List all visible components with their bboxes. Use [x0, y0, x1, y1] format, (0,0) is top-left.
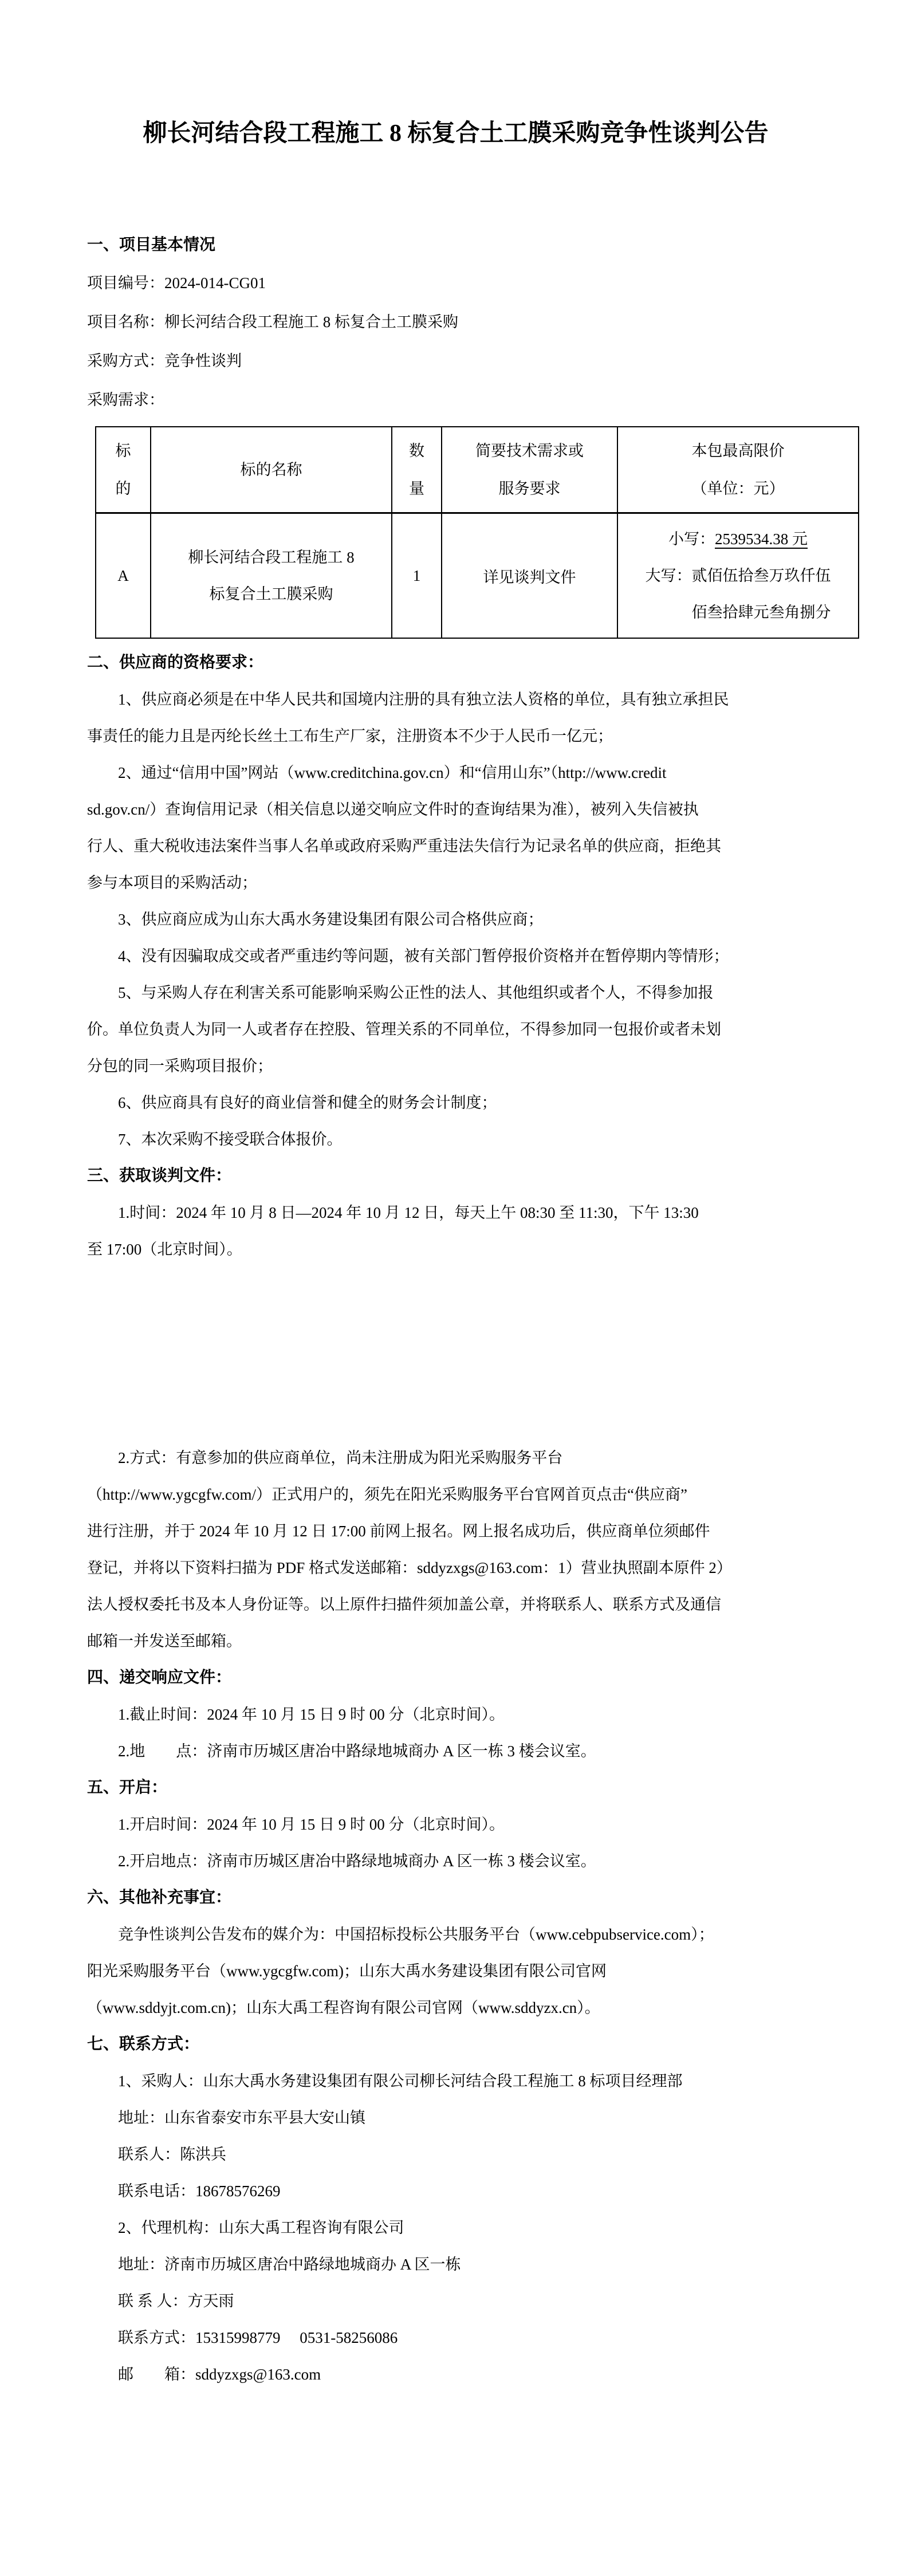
- text-line: 事责任的能力且是丙纶长丝土工布生产厂家，注册资本不少于人民币一亿元；: [87, 718, 824, 754]
- text-line: 阳光采购服务平台（www.ygcgfw.com)；山东大禹水务建设集团有限公司官…: [87, 1953, 824, 1989]
- text-line: （www.sddyjt.com.cn)；山东大禹工程咨询有限公司官网（www.s…: [87, 1989, 824, 2026]
- section-3-heading: 三、获取谈判文件：: [87, 1158, 824, 1194]
- text-line: 邮 箱：sddyzxgs@163.com: [87, 2356, 824, 2393]
- text-line: （http://www.ygcgfw.com/）正式用户的，须先在阳光采购服务平…: [87, 1476, 824, 1513]
- text-line: 1.时间：2024 年 10 月 8 日—2024 年 10 月 12 日，每天…: [87, 1194, 824, 1231]
- text-line: 1、采购人：山东大禹水务建设集团有限公司柳长河结合段工程施工 8 标项目经理部: [87, 2063, 824, 2099]
- price-numeric-label: 小写：: [668, 530, 715, 548]
- text-line: 项目名称：柳长河结合段工程施工 8 标复合土工膜采购: [87, 302, 824, 341]
- text-line: 1.截止时间：2024 年 10 月 15 日 9 时 00 分（北京时间）。: [87, 1696, 824, 1733]
- text-line: 7、本次采购不接受联合体报价。: [87, 1121, 824, 1158]
- text-line: 标的名称: [155, 451, 388, 489]
- price-words-line-1: 大写：贰佰伍拾叁万玖仟伍: [621, 557, 855, 594]
- text-line: 量: [396, 470, 438, 508]
- table-header-row: 标的 标的名称 数量 简要技术需求或服务要求 本包最高限价（单位：元）: [96, 427, 859, 513]
- table-header-max-price: 本包最高限价（单位：元）: [617, 427, 859, 513]
- text-line: 2、代理机构：山东大禹工程咨询有限公司: [87, 2209, 824, 2246]
- text-line: 竞争性谈判公告发布的媒介为：中国招标投标公共服务平台（www.cebpubser…: [87, 1916, 824, 1953]
- procurement-demand-table: 标的 标的名称 数量 简要技术需求或服务要求 本包最高限价（单位：元） A 柳长…: [95, 426, 859, 639]
- price-words-line-2: 佰叁拾肆元叁角捌分: [621, 594, 855, 631]
- price-numeric-value-underlined: 2539534.38 元: [715, 530, 808, 548]
- text-line: 本包最高限价: [621, 432, 855, 470]
- text-line: sd.gov.cn/）查询信用记录（相关信息以递交响应文件时的查询结果为准），被…: [87, 791, 824, 828]
- text-line: 行人、重大税收违法案件当事人名单或政府采购严重违法失信行为记录名单的供应商，拒绝…: [87, 828, 824, 864]
- text-line: 登记，并将以下资料扫描为 PDF 格式发送邮箱：sddyzxgs@163.com…: [87, 1549, 824, 1586]
- text-line: 联 系 人：方天雨: [87, 2283, 824, 2319]
- text-line: 项目编号：2024-014-CG01: [87, 264, 824, 302]
- table-header-tech-requirements: 简要技术需求或服务要求: [442, 427, 617, 513]
- text-line: 法人授权委托书及本人身份证等。以上原件扫描件须加盖公章，并将联系人、联系方式及通…: [87, 1586, 824, 1623]
- section-5-body: 1.开启时间：2024 年 10 月 15 日 9 时 00 分（北京时间）。 …: [87, 1806, 824, 1879]
- text-line: 4、没有因骗取成交或者严重违约等问题，被有关部门暂停报价资格并在暂停期内等情形；: [87, 938, 824, 974]
- table-header-name: 标的名称: [151, 427, 392, 513]
- section-3-body: 1.时间：2024 年 10 月 8 日—2024 年 10 月 12 日，每天…: [87, 1194, 824, 1268]
- text-line: 1、供应商必须是在中华人民共和国境内注册的具有独立法人资格的单位，具有独立承担民: [87, 681, 824, 718]
- text-line: 联系方式：15315998779 0531-58256086: [87, 2319, 824, 2356]
- text-line: 地址：山东省泰安市东平县大安山镇: [87, 2099, 824, 2136]
- text-line: 3、供应商应成为山东大禹水务建设集团有限公司合格供应商；: [87, 901, 824, 938]
- text-line: 柳长河结合段工程施工 8: [155, 539, 388, 576]
- table-header-quantity: 数量: [392, 427, 442, 513]
- text-line: 至 17:00（北京时间）。: [87, 1231, 824, 1268]
- text-line: 参与本项目的采购活动；: [87, 864, 824, 901]
- text-line: 数: [396, 432, 438, 470]
- text-line: 2.开启地点：济南市历城区唐冶中路绿地城商办 A 区一栋 3 楼会议室。: [87, 1843, 824, 1879]
- text-line: 价。单位负责人为同一人或者存在控股、管理关系的不同单位，不得参加同一包报价或者未…: [87, 1011, 824, 1048]
- section-5-heading: 五、开启：: [87, 1769, 824, 1806]
- section-4-body: 1.截止时间：2024 年 10 月 15 日 9 时 00 分（北京时间）。 …: [87, 1696, 824, 1769]
- document-title: 柳长河结合段工程施工 8 标复合土工膜采购竞争性谈判公告: [87, 117, 824, 150]
- text-line: 采购需求：: [87, 380, 824, 419]
- text-line: 2.方式：有意参加的供应商单位，尚未注册成为阳光采购服务平台: [87, 1440, 824, 1476]
- text-line: 的: [100, 470, 147, 508]
- text-line: 分包的同一采购项目报价；: [87, 1048, 824, 1084]
- text-line: 联系电话：18678576269: [87, 2173, 824, 2209]
- table-cell-name: 柳长河结合段工程施工 8标复合土工膜采购: [151, 513, 392, 639]
- section-6-heading: 六、其他补充事宜：: [87, 1879, 824, 1916]
- text-line: 服务要求: [446, 470, 613, 508]
- text-line: 1.开启时间：2024 年 10 月 15 日 9 时 00 分（北京时间）。: [87, 1806, 824, 1843]
- section-1-heading: 一、项目基本情况: [87, 227, 824, 264]
- text-line: 简要技术需求或: [446, 432, 613, 470]
- text-line: 2、通过“信用中国”网站（www.creditchina.gov.cn）和“信用…: [87, 754, 824, 791]
- text-line: 联系人：陈洪兵: [87, 2136, 824, 2173]
- section-2-heading: 二、供应商的资格要求：: [87, 644, 824, 681]
- price-numeric-line: 小写：2539534.38 元: [621, 521, 855, 557]
- text-line: 进行注册，并于 2024 年 10 月 12 日 17:00 前网上报名。网上报…: [87, 1513, 824, 1549]
- text-line: 标复合土工膜采购: [155, 576, 388, 612]
- announcement-document: 柳长河结合段工程施工 8 标复合土工膜采购竞争性谈判公告 一、项目基本情况 项目…: [0, 0, 909, 2576]
- text-line: 5、与采购人存在利害关系可能影响采购公正性的法人、其他组织或者个人，不得参加报: [87, 974, 824, 1011]
- text-line: 2.地 点：济南市历城区唐冶中路绿地城商办 A 区一栋 3 楼会议室。: [87, 1733, 824, 1769]
- table-cell-quantity: 1: [392, 513, 442, 639]
- text-line: 6、供应商具有良好的商业信誉和健全的财务会计制度；: [87, 1084, 824, 1121]
- section-7-heading: 七、联系方式：: [87, 2026, 824, 2063]
- text-line: （单位：元）: [621, 470, 855, 508]
- section-4-heading: 四、递交响应文件：: [87, 1659, 824, 1696]
- table-cell-bid: A: [96, 513, 151, 639]
- section-6-body: 竞争性谈判公告发布的媒介为：中国招标投标公共服务平台（www.cebpubser…: [87, 1916, 824, 2026]
- text-line: 标: [100, 432, 147, 470]
- section-3-body-continued: 2.方式：有意参加的供应商单位，尚未注册成为阳光采购服务平台（http://ww…: [87, 1440, 824, 1659]
- section-1-body: 项目编号：2024-014-CG01项目名称：柳长河结合段工程施工 8 标复合土…: [87, 264, 824, 419]
- table-header-bid: 标的: [96, 427, 151, 513]
- text-line: 邮箱一并发送至邮箱。: [87, 1623, 824, 1659]
- table-cell-tech: 详见谈判文件: [442, 513, 617, 639]
- text-line: 地址：济南市历城区唐冶中路绿地城商办 A 区一栋: [87, 2246, 824, 2283]
- section-7-body: 1、采购人：山东大禹水务建设集团有限公司柳长河结合段工程施工 8 标项目经理部 …: [87, 2063, 824, 2393]
- page-break-gap: [87, 1268, 824, 1440]
- text-line: 采购方式：竞争性谈判: [87, 341, 824, 380]
- table-cell-max-price: 小写：2539534.38 元 大写：贰佰伍拾叁万玖仟伍 佰叁拾肆元叁角捌分: [617, 513, 859, 639]
- table-row: A 柳长河结合段工程施工 8标复合土工膜采购 1 详见谈判文件 小写：25395…: [96, 513, 859, 639]
- section-2-body: 1、供应商必须是在中华人民共和国境内注册的具有独立法人资格的单位，具有独立承担民…: [87, 681, 824, 1158]
